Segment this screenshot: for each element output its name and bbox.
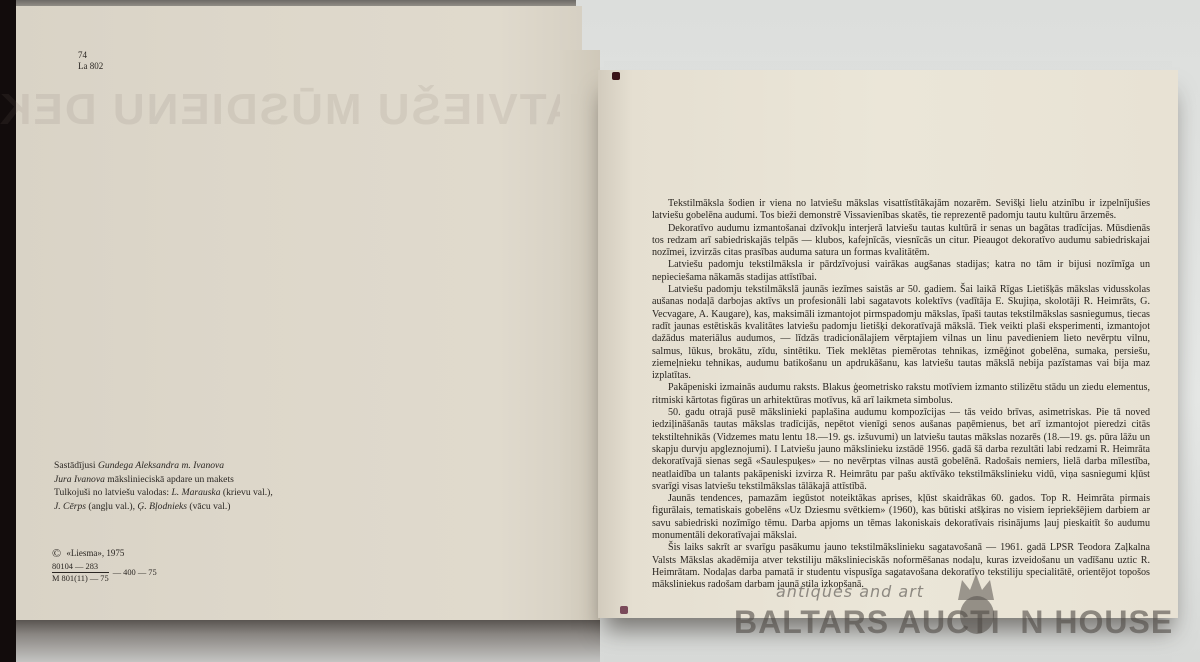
paragraph: Jaunās tendences, pamazām iegūstot notei… xyxy=(652,493,1150,542)
designer-name: Jura Ivanova xyxy=(54,474,105,485)
copyright-icon: © xyxy=(52,546,61,560)
index-numerator: 80104 — 283 xyxy=(52,562,109,573)
paragraph: Pakāpeniski izmainās audumu raksts. Blak… xyxy=(652,382,1150,407)
copyright-text: «Liesma», 1975 xyxy=(66,548,124,558)
index-denominator: M 801(11) — 75 xyxy=(52,573,109,583)
catalog-code-text: La 802 xyxy=(78,61,103,72)
book-shadow xyxy=(16,616,600,662)
compiled-line: Sastādījusi Gundega Aleksandra m. Ivanov… xyxy=(54,459,354,473)
article-text: Tekstilmāksla šodien ir viena no latvieš… xyxy=(652,198,1150,592)
catalog-number: 74 xyxy=(78,50,103,61)
translators-line-2: J. Cērps (angļu val.), Ģ. Bļodnieks (vāc… xyxy=(54,500,354,514)
translator-language: (krievu val.), xyxy=(223,487,273,498)
translators-line: Tulkojuši no latviešu valodas: L. Maraus… xyxy=(54,486,354,500)
translator-name: L. Marauska xyxy=(171,487,220,498)
translator-name: J. Cērps xyxy=(54,501,86,512)
index-fraction: 80104 — 283 M 801(11) — 75 xyxy=(52,562,109,583)
translator-name: Ģ. Bļodnieks xyxy=(137,501,187,512)
design-label: mākslinieciskā apdare un makets xyxy=(107,474,234,485)
translated-label: Tulkojuši no latviešu valodas: xyxy=(54,487,169,498)
paragraph: Latviešu padomju tekstilmāksla ir pārdzī… xyxy=(652,259,1150,284)
paragraph: 50. gadu otrajā pusē mākslinieki paplaši… xyxy=(652,407,1150,493)
paragraph: Latviešu padomju tekstilmākslā jaunās ie… xyxy=(652,284,1150,382)
translator-language: (angļu val.), xyxy=(88,501,135,512)
catalog-code: 74 La 802 xyxy=(78,50,103,72)
copyright-line: © «Liesma», 1975 xyxy=(52,546,124,561)
compiled-label: Sastādījusi xyxy=(54,460,96,471)
index-rest: — 400 — 75 xyxy=(113,568,157,577)
translator-language: (vācu val.) xyxy=(189,501,230,512)
spine-headband xyxy=(612,72,620,80)
compiler-name: Gundega Aleksandra m. Ivanova xyxy=(98,460,224,471)
index-code: 80104 — 283 M 801(11) — 75 — 400 — 75 xyxy=(52,562,157,583)
page-gutter xyxy=(560,50,600,620)
design-line: Jura Ivanova mākslinieciskā apdare un ma… xyxy=(54,473,354,487)
credits-block: Sastādījusi Gundega Aleksandra m. Ivanov… xyxy=(54,459,354,513)
paragraph: Šis laiks sakrīt ar svarīgu pasākumu jau… xyxy=(652,542,1150,591)
spine-tailband xyxy=(620,606,628,614)
paragraph: Tekstilmāksla šodien ir viena no latvieš… xyxy=(652,198,1150,223)
paragraph: Dekoratīvo audumu izmantošanai dzīvokļu … xyxy=(652,223,1150,260)
left-page: LATVIEŠU MŪSDIENU DEKORATĪVIE AUDUMI 74 … xyxy=(16,6,582,620)
showthrough-title: LATVIEŠU MŪSDIENU DEKORATĪVIE AUDUMI xyxy=(286,86,606,134)
